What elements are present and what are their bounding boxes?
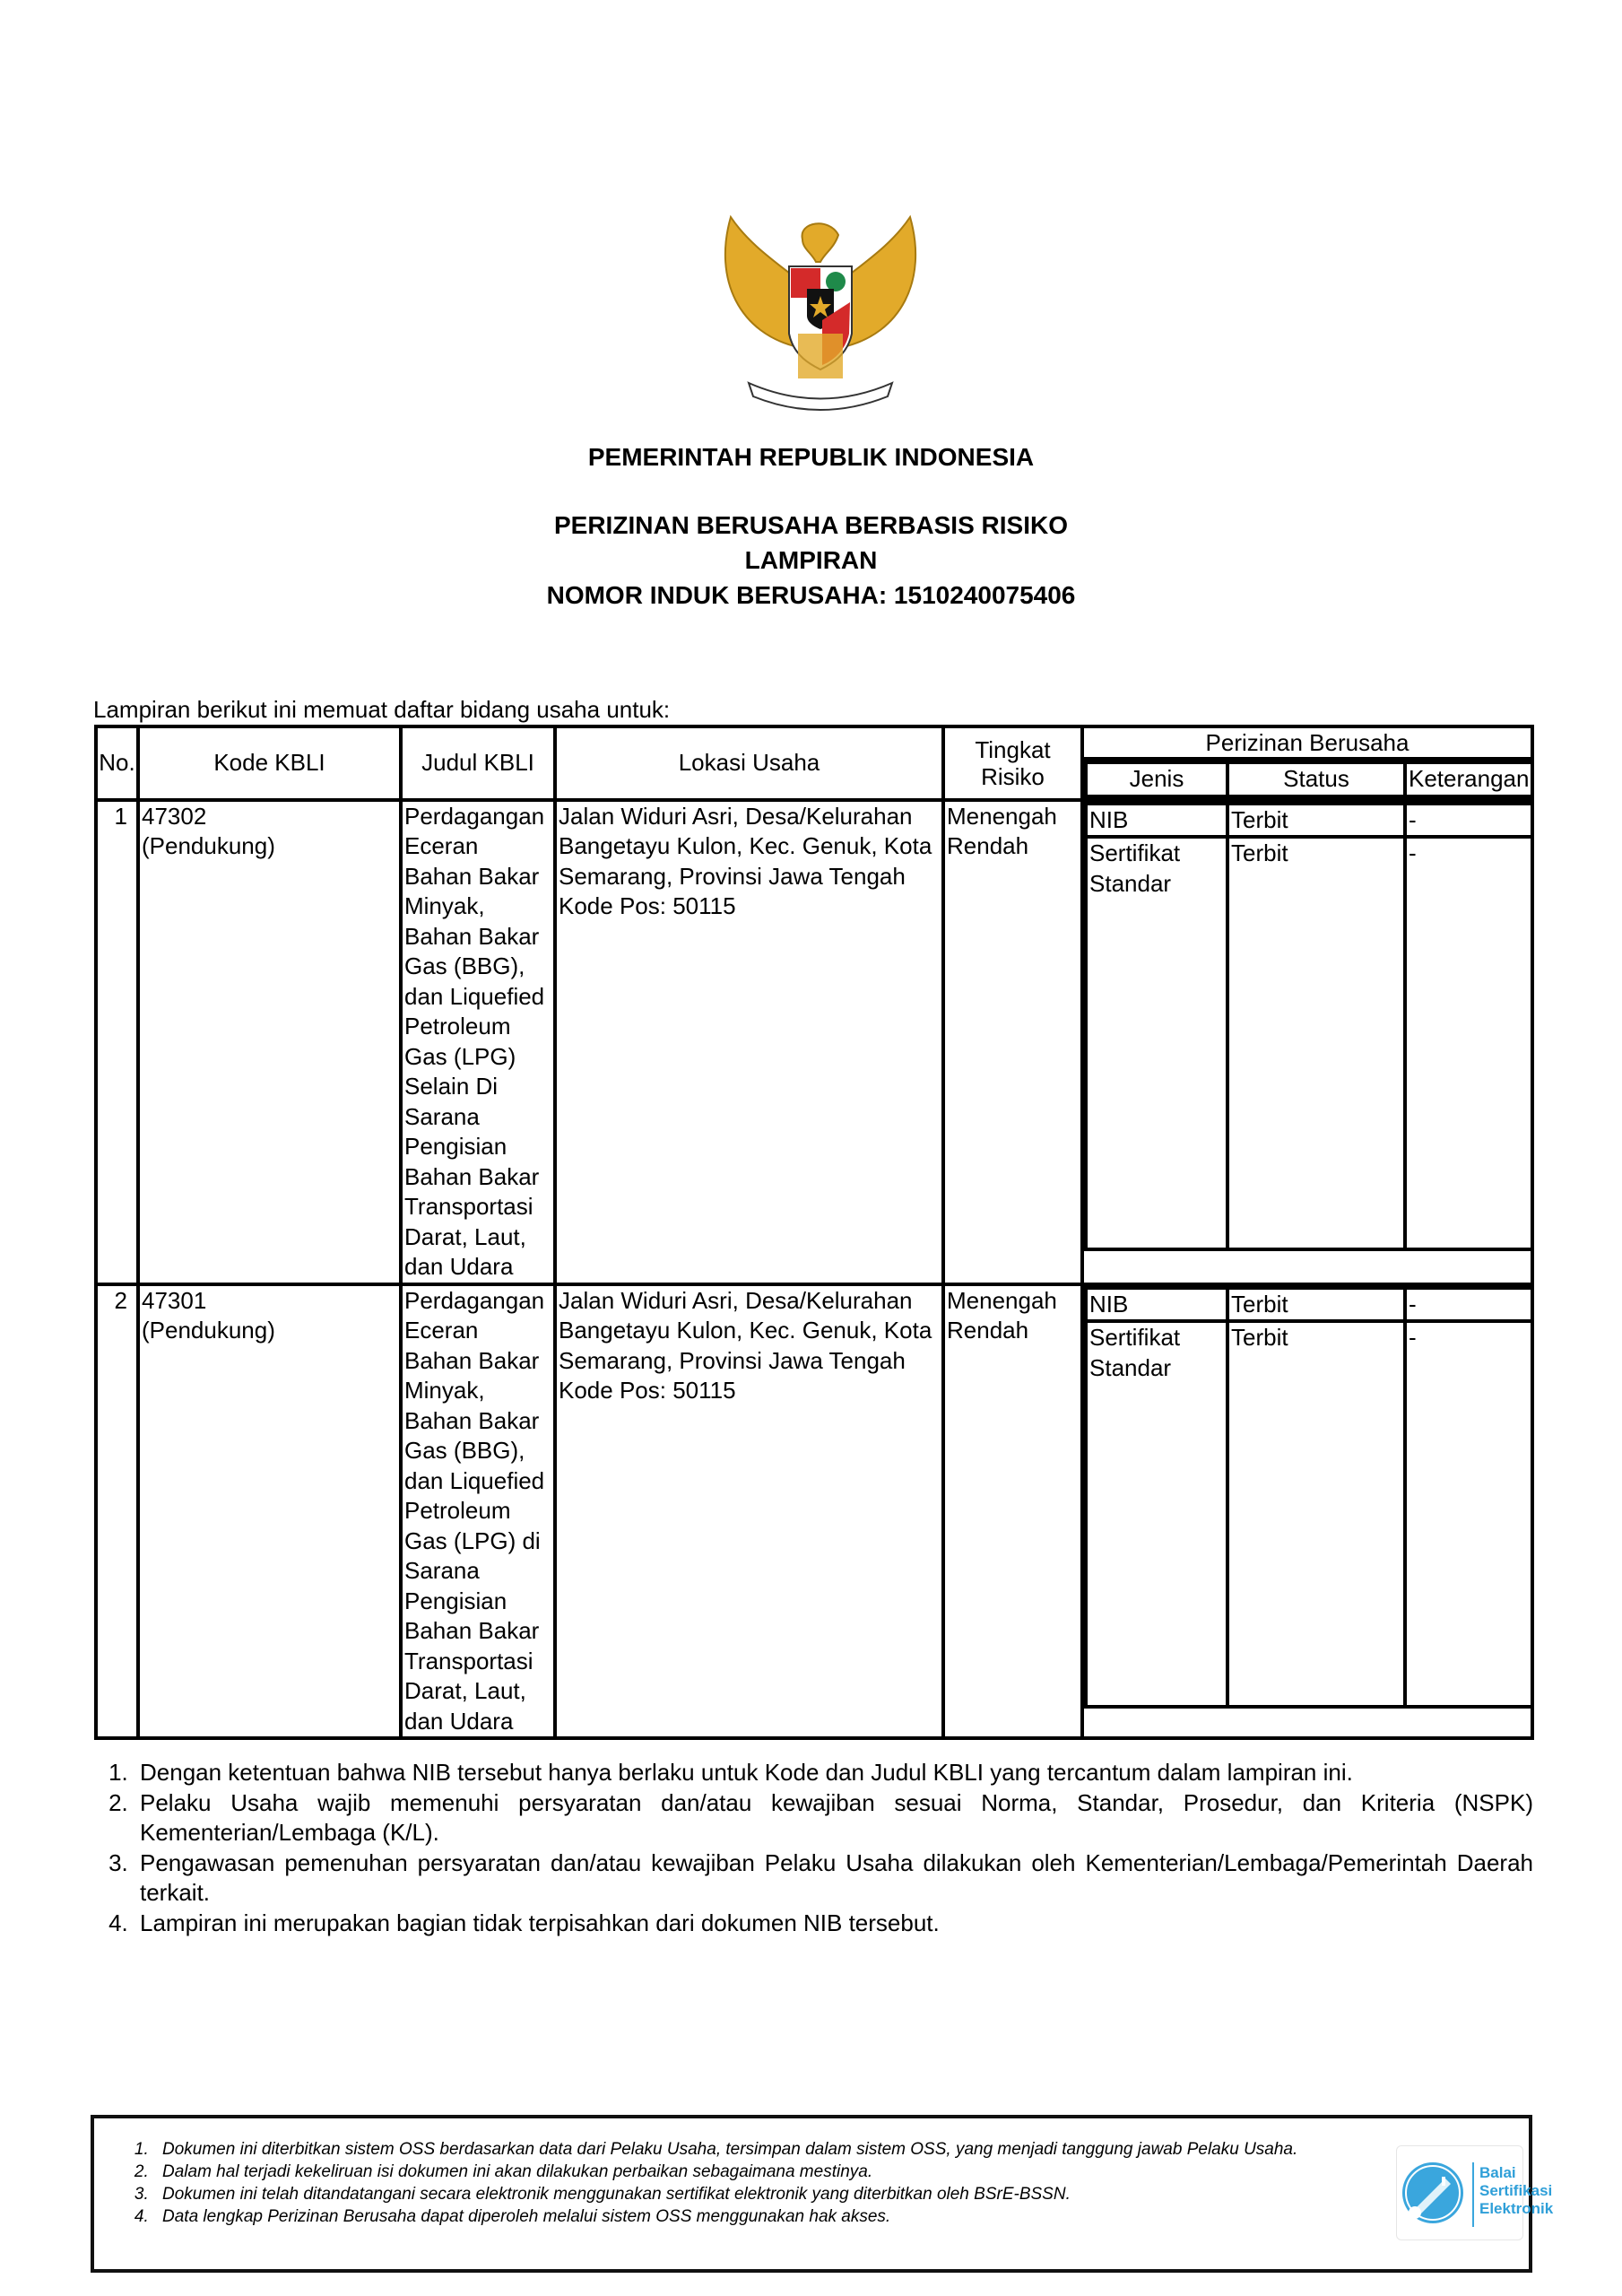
lokasi-usaha-cell: Jalan Widuri Asri, Desa/Kelurahan Banget… — [555, 1284, 943, 1739]
keterangan: - — [1405, 1288, 1531, 1322]
jenis: NIB — [1086, 804, 1227, 838]
logo-line: Elektronik — [1479, 2200, 1553, 2218]
lokasi-usaha-cell: Jalan Widuri Asri, Desa/Kelurahan Banget… — [555, 800, 943, 1284]
kode-kbli-note: (Pendukung) — [142, 1316, 397, 1346]
header-keterangan: Keterangan — [1405, 762, 1531, 796]
kode-pos: Kode Pos: 50115 — [559, 891, 940, 922]
header-no: No. — [96, 726, 138, 800]
logo-divider — [1472, 2162, 1474, 2227]
keterangan: - — [1405, 804, 1531, 838]
judul-kbli: Perdagangan Eceran Bahan Bakar Minyak, B… — [401, 800, 555, 1284]
header-tingkat-risiko: Tingkat Risiko — [943, 726, 1082, 800]
garuda-emblem-icon — [713, 199, 928, 423]
table-row: 2 47301 (Pendukung) Perdagangan Eceran B… — [96, 1284, 1532, 1739]
status: Terbit — [1227, 804, 1405, 838]
document-title: PERIZINAN BERUSAHA BERBASIS RISIKO — [0, 511, 1622, 540]
jenis: Sertifikat Standar — [1086, 1321, 1227, 1707]
tingkat-risiko: Menengah Rendah — [943, 800, 1082, 1284]
intro-text: Lampiran berikut ini memuat daftar bidan… — [93, 696, 670, 724]
status: Terbit — [1227, 1321, 1405, 1707]
footer-item: Dalam hal terjadi kekeliruan isi dokumen… — [153, 2161, 1400, 2183]
footer-item: Data lengkap Perizinan Berusaha dapat di… — [153, 2205, 1400, 2228]
lokasi-usaha: Jalan Widuri Asri, Desa/Kelurahan Banget… — [559, 1286, 940, 1377]
kode-kbli: 47301 — [142, 1286, 397, 1317]
footer-item: Dokumen ini diterbitkan sistem OSS berda… — [153, 2138, 1400, 2161]
row-number: 1 — [96, 800, 138, 1284]
perizinan-cell: NIB Terbit - Sertifikat Standar Terbit - — [1082, 1284, 1532, 1739]
logo-line: Sertifikasi — [1479, 2182, 1553, 2200]
kode-kbli-note: (Pendukung) — [142, 831, 397, 862]
row-number: 2 — [96, 1284, 138, 1739]
perizinan-cell: NIB Terbit - Sertifikat Standar Terbit - — [1082, 800, 1532, 1284]
lokasi-usaha: Jalan Widuri Asri, Desa/Kelurahan Banget… — [559, 802, 940, 892]
table-row: 1 47302 (Pendukung) Perdagangan Eceran B… — [96, 800, 1532, 1284]
note-item: Dengan ketentuan bahwa NIB tersebut hany… — [134, 1758, 1533, 1788]
header-judul-kbli: Judul KBLI — [401, 726, 555, 800]
note-item: Pelaku Usaha wajib memenuhi persyaratan … — [134, 1788, 1533, 1848]
notes-list: Dengan ketentuan bahwa NIB tersebut hany… — [90, 1758, 1533, 1938]
header-perizinan: Perizinan Berusaha Jenis Status Keterang… — [1082, 726, 1532, 800]
status: Terbit — [1227, 1288, 1405, 1322]
header-lokasi-usaha: Lokasi Usaha — [555, 726, 943, 800]
keterangan: - — [1405, 1321, 1531, 1707]
jenis: NIB — [1086, 1288, 1227, 1322]
footer-disclaimer: Dokumen ini diterbitkan sistem OSS berda… — [91, 2115, 1532, 2273]
note-item: Pengawasan pemenuhan persyaratan dan/ata… — [134, 1848, 1533, 1909]
bsre-logo: Balai Sertifikasi Elektronik — [1396, 2145, 1523, 2240]
bsre-key-icon — [1402, 2162, 1463, 2223]
kode-kbli: 47302 — [142, 802, 397, 832]
kbli-table: No. Kode KBLI Judul KBLI Lokasi Usaha Ti… — [94, 725, 1534, 1740]
bsre-logo-text: Balai Sertifikasi Elektronik — [1479, 2164, 1553, 2218]
kode-kbli-cell: 47302 (Pendukung) — [138, 800, 401, 1284]
logo-line: Balai — [1479, 2164, 1553, 2182]
footer-item: Dokumen ini telah ditandatangani secara … — [153, 2183, 1400, 2205]
note-item: Lampiran ini merupakan bagian tidak terp… — [134, 1909, 1533, 1939]
kode-pos: Kode Pos: 50115 — [559, 1376, 940, 1406]
nib-number: NOMOR INDUK BERUSAHA: 1510240075406 — [0, 581, 1622, 610]
issuer-title: PEMERINTAH REPUBLIK INDONESIA — [0, 443, 1622, 472]
jenis: Sertifikat Standar — [1086, 837, 1227, 1249]
keterangan: - — [1405, 837, 1531, 1249]
status: Terbit — [1227, 837, 1405, 1249]
judul-kbli: Perdagangan Eceran Bahan Bakar Minyak, B… — [401, 1284, 555, 1739]
header-kode-kbli: Kode KBLI — [138, 726, 401, 800]
header-status: Status — [1227, 762, 1405, 796]
header-jenis: Jenis — [1086, 762, 1227, 796]
kode-kbli-cell: 47301 (Pendukung) — [138, 1284, 401, 1739]
document-subtitle: LAMPIRAN — [0, 546, 1622, 575]
tingkat-risiko: Menengah Rendah — [943, 1284, 1082, 1739]
header-perizinan-berusaha: Perizinan Berusaha — [1084, 728, 1531, 761]
